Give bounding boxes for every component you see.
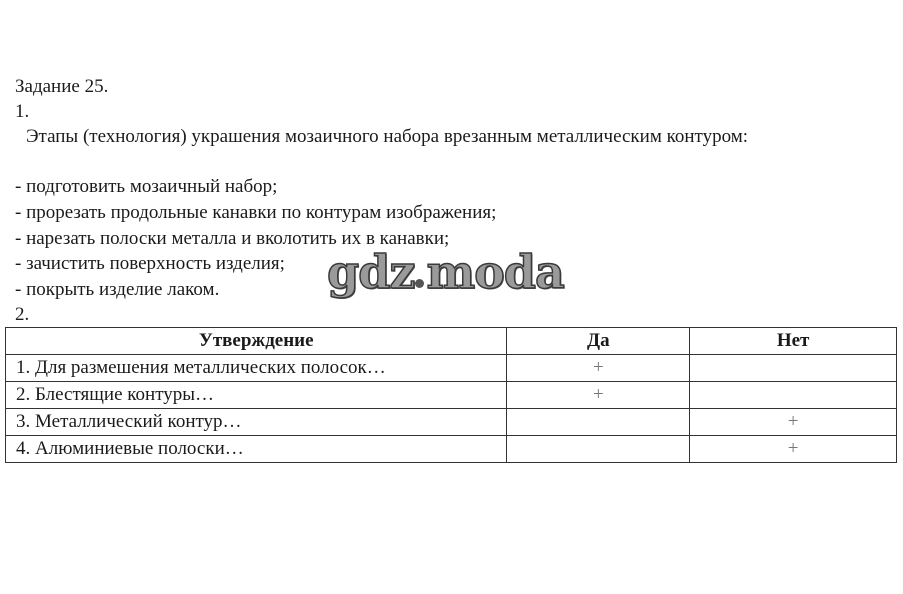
yes-cell — [507, 436, 690, 463]
no-cell — [690, 355, 897, 382]
part-1-number: 1. — [15, 101, 29, 123]
watermark-logo: gdzmoda — [327, 248, 564, 296]
stage-item: - покрыть изделие лаком. — [15, 279, 219, 301]
no-cell — [690, 382, 897, 409]
table-header-row: Утверждение Да Нет — [6, 328, 897, 355]
yes-cell — [507, 409, 690, 436]
stages-heading: Этапы (технология) украшения мозаичного … — [26, 126, 748, 148]
statement-cell: 2. Блестящие контуры… — [6, 382, 507, 409]
statement-cell: 3. Металлический контур… — [6, 409, 507, 436]
header-statement: Утверждение — [6, 328, 507, 355]
task-title: Задание 25. — [15, 76, 108, 98]
yes-cell: + — [507, 382, 690, 409]
watermark-dot-icon — [415, 279, 424, 288]
part-2-number: 2. — [15, 304, 29, 326]
header-yes: Да — [507, 328, 690, 355]
table-row: 4. Алюминиевые полоски… + — [6, 436, 897, 463]
header-no: Нет — [690, 328, 897, 355]
watermark-right: moda — [426, 245, 563, 299]
stage-item: - зачистить поверхность изделия; — [15, 253, 285, 275]
yes-cell: + — [507, 355, 690, 382]
no-cell: + — [690, 409, 897, 436]
table-row: 2. Блестящие контуры… + — [6, 382, 897, 409]
statement-cell: 4. Алюминиевые полоски… — [6, 436, 507, 463]
statement-cell: 1. Для размешения металлических полосок… — [6, 355, 507, 382]
statements-table: Утверждение Да Нет 1. Для размешения мет… — [5, 327, 897, 463]
no-cell: + — [690, 436, 897, 463]
stage-item: - прорезать продольные канавки по контур… — [15, 202, 496, 224]
table-row: 1. Для размешения металлических полосок…… — [6, 355, 897, 382]
watermark-left: gdz — [327, 245, 414, 299]
stage-item: - подготовить мозаичный набор; — [15, 176, 277, 198]
table-row: 3. Металлический контур… + — [6, 409, 897, 436]
